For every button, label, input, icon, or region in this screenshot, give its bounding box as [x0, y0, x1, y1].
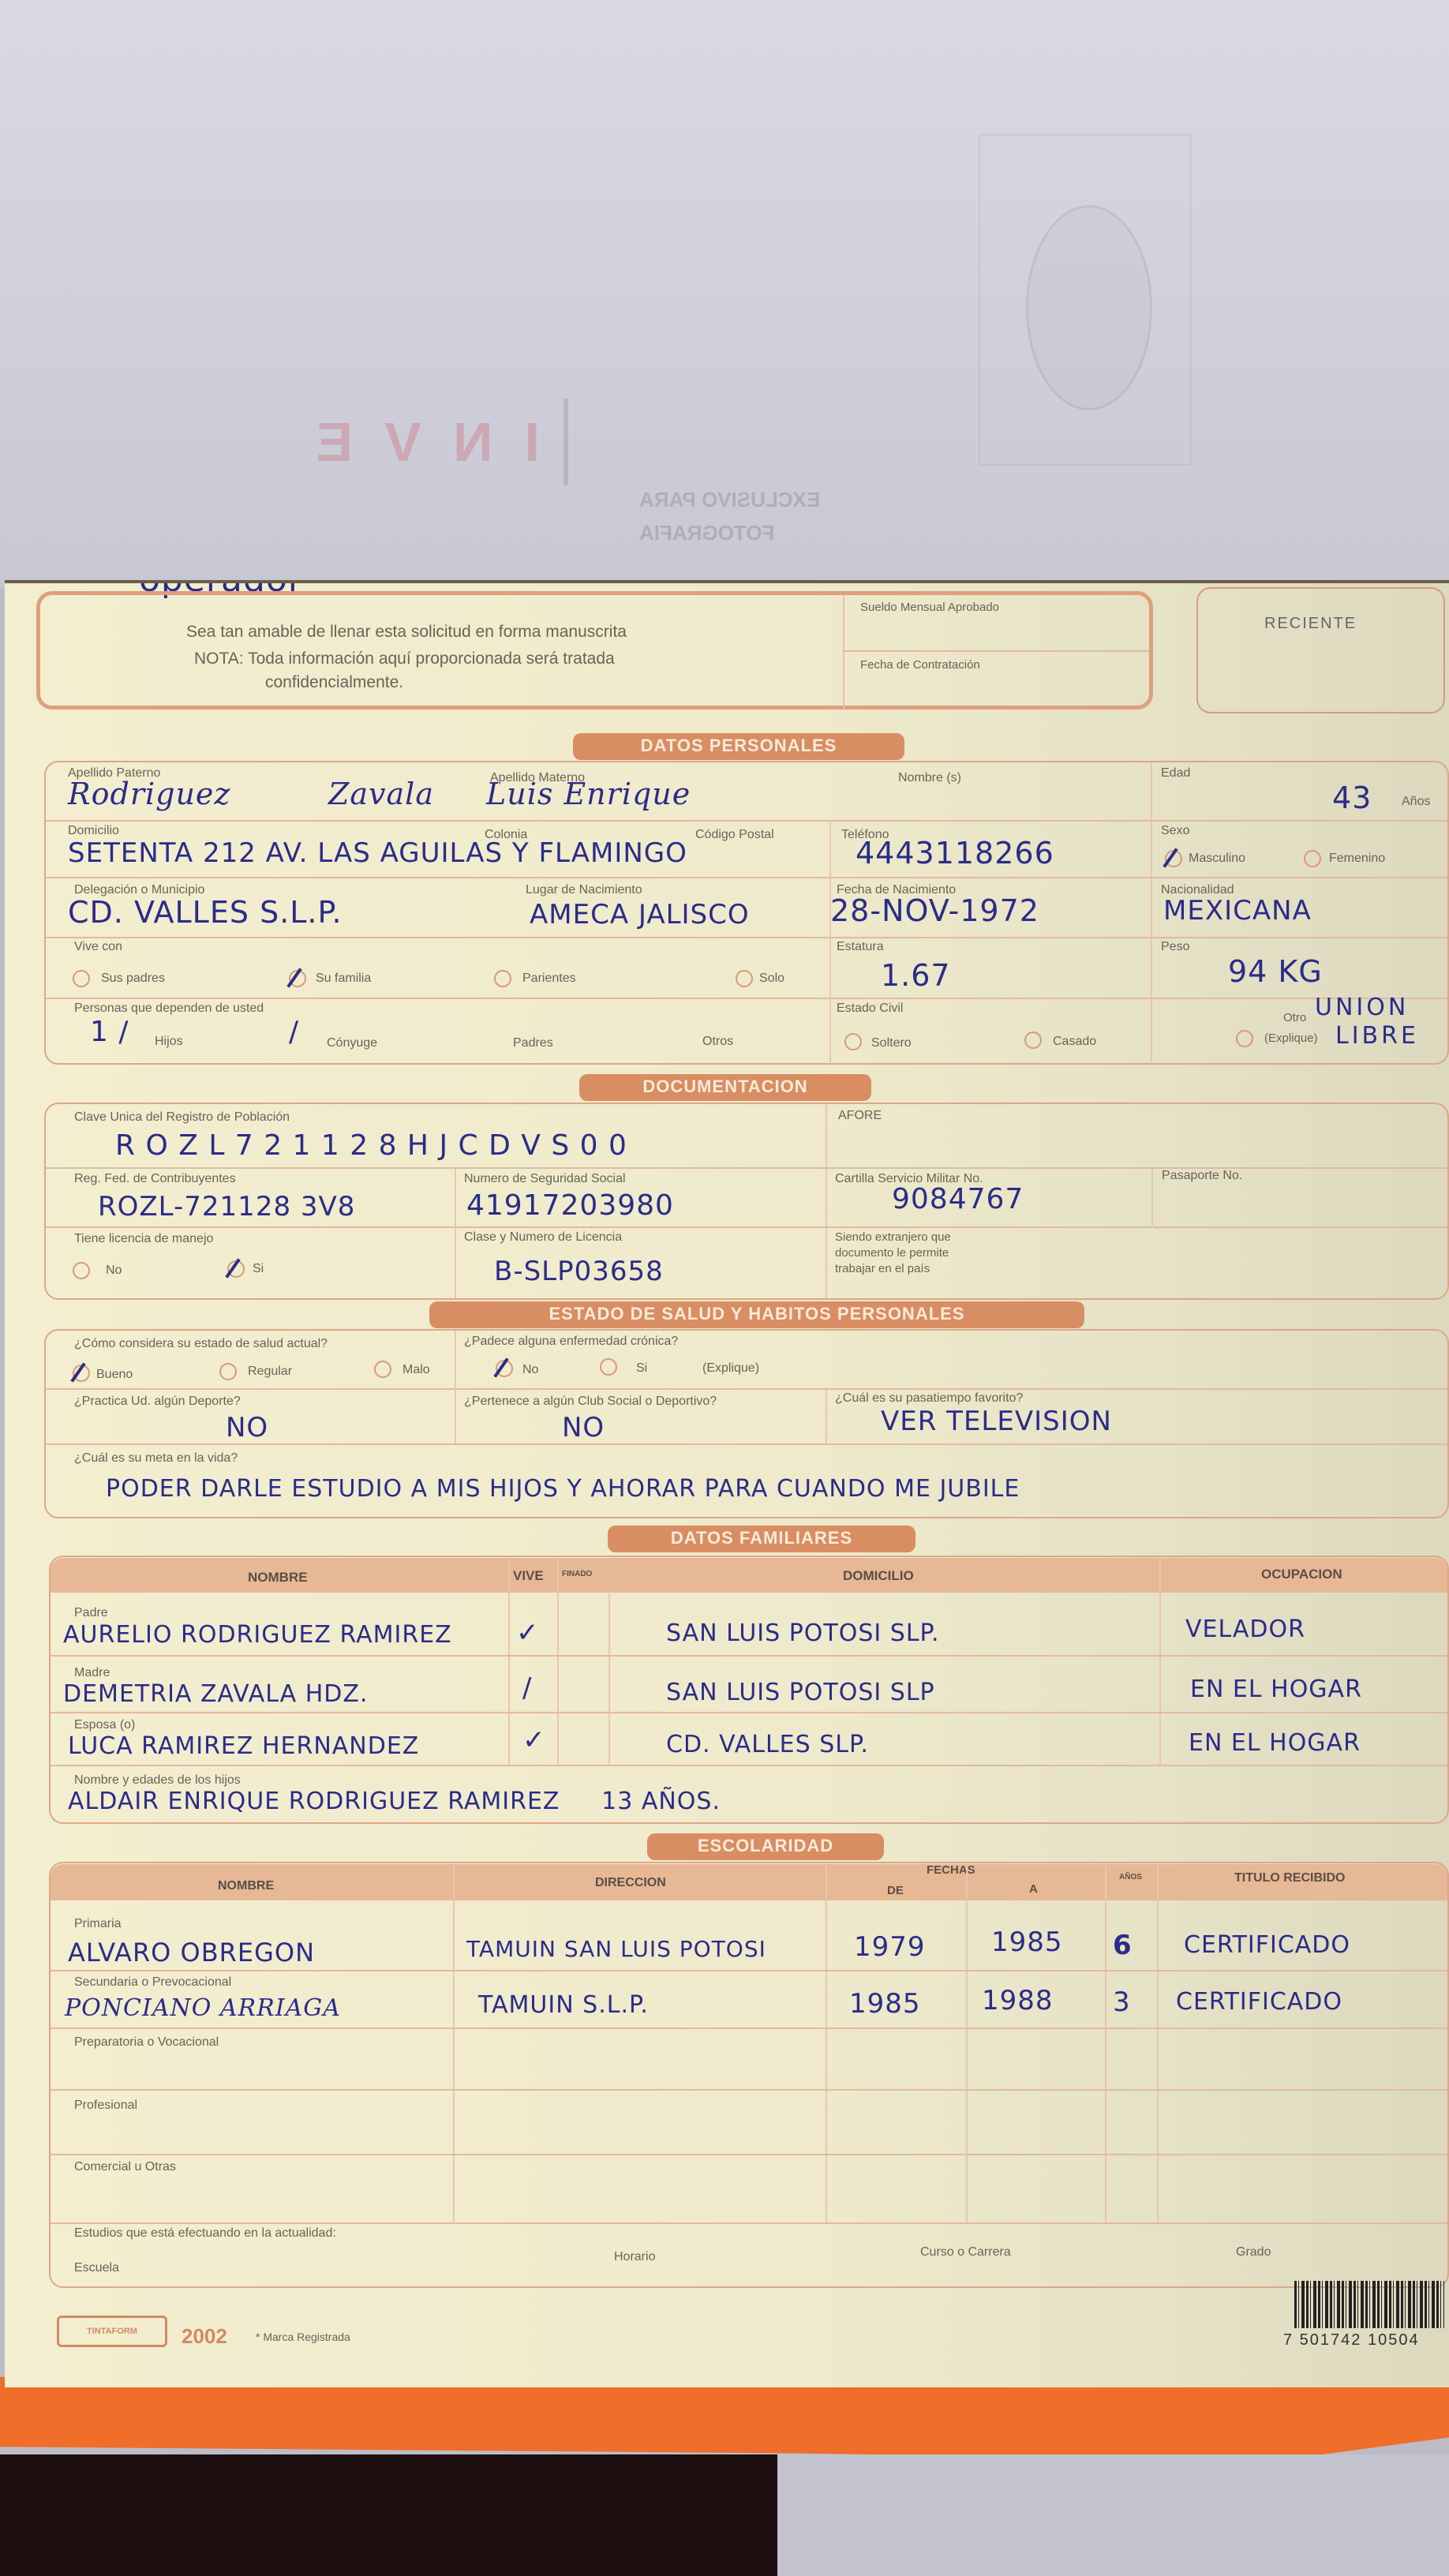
desk-surface [0, 2454, 777, 2576]
madre-domicilio[interactable]: SAN LUIS POTOSI SLP [666, 1679, 935, 1706]
nombre-value[interactable]: Luis Enrique [486, 777, 691, 811]
section-escolaridad: ESCOLARIDAD [647, 1833, 884, 1860]
familiares-col-vive: VIVE [513, 1568, 544, 1584]
section-salud: ESTADO DE SALUD Y HABITOS PERSONALES [429, 1301, 1084, 1328]
licencia-si-label: Si [253, 1262, 264, 1276]
escolaridad-col-nombre: NOMBRE [218, 1879, 274, 1893]
padre-domicilio[interactable]: SAN LUIS POTOSI SLP. [666, 1619, 939, 1647]
extranjero-label-1: Siendo extranjero que [835, 1230, 951, 1244]
footer-trademark: * Marca Registrada [256, 2331, 350, 2343]
escolaridad-col-a: A [1029, 1882, 1038, 1896]
primaria-nombre[interactable]: ALVARO OBREGON [68, 1938, 315, 1968]
nss-value[interactable]: 41917203980 [466, 1189, 674, 1222]
apellido-paterno-value[interactable]: Rodriguez [68, 777, 230, 811]
edad-value[interactable]: 43 [1332, 781, 1372, 815]
municipio-value[interactable]: CD. VALLES S.L.P. [68, 895, 343, 930]
sexo-masculino-radio[interactable] [1165, 850, 1182, 867]
estatura-label: Estatura [837, 940, 884, 954]
section-documentacion: DOCUMENTACION [579, 1074, 871, 1101]
section-familiares: DATOS FAMILIARES [608, 1526, 915, 1552]
madre-vive[interactable]: / [522, 1672, 532, 1704]
photo-label: RECIENTE [1264, 615, 1357, 633]
enfermedad-no-radio[interactable] [496, 1360, 513, 1377]
domicilio-label: Domicilio [68, 824, 119, 838]
dependientes-label: Personas que dependen de usted [74, 1002, 264, 1016]
clase-licencia-value[interactable]: B-SLP03658 [494, 1256, 664, 1287]
madre-label: Madre [74, 1666, 110, 1680]
primaria-anos[interactable]: 6 [1113, 1930, 1133, 1961]
nacionalidad-value[interactable]: MEXICANA [1163, 895, 1312, 927]
estado-civil-casado-radio[interactable] [1024, 1032, 1042, 1049]
secundaria-label: Secundaria o Prevocacional [74, 1975, 231, 1990]
fecha-nacimiento-value[interactable]: 28-NOV-1972 [830, 893, 1039, 928]
horario-label: Horario [614, 2250, 655, 2264]
meta-value[interactable]: PODER DARLE ESTUDIO A MIS HIJOS Y AHORAR… [106, 1475, 1020, 1503]
escolaridad-col-de: DE [887, 1884, 904, 1897]
padre-nombre[interactable]: AURELIO RODRIGUEZ RAMIREZ [63, 1621, 452, 1649]
dependientes-conyuge-value[interactable]: / [289, 1016, 299, 1048]
estado-salud-label: ¿Cómo considera su estado de salud actua… [74, 1337, 328, 1351]
vive-con-parientes-radio[interactable] [494, 970, 511, 987]
secundaria-titulo[interactable]: CERTIFICADO [1176, 1988, 1342, 2016]
vive-con-solo-radio[interactable] [736, 970, 753, 987]
sexo-masculino-label: Masculino [1189, 852, 1245, 866]
extranjero-label-2: documento le permite [835, 1246, 949, 1260]
escolaridad-col-titulo: TITULO RECIBIDO [1234, 1871, 1345, 1885]
salud-bueno-radio[interactable] [73, 1365, 90, 1382]
primaria-direccion[interactable]: TAMUIN SAN LUIS POTOSI [466, 1936, 766, 1962]
secundaria-anos[interactable]: 3 [1113, 1986, 1131, 2018]
edad-label: Edad [1161, 766, 1190, 781]
secundaria-de[interactable]: 1985 [849, 1988, 921, 2020]
sueldo-label: Sueldo Mensual Aprobado [860, 601, 999, 614]
enfermedad-si-radio[interactable] [600, 1358, 617, 1376]
ghost-text-1: EXCLUSIVO PARA [639, 488, 820, 512]
vive-con-sus-padres-label: Sus padres [101, 972, 165, 986]
enfermedad-si-label: Si [636, 1361, 647, 1376]
padre-ocupacion[interactable]: VELADOR [1185, 1616, 1305, 1643]
enfermedad-explique-label: (Explique) [702, 1361, 759, 1376]
barcode [1294, 2281, 1444, 2328]
escuela-label: Escuela [74, 2261, 119, 2275]
profesional-label: Profesional [74, 2099, 137, 2113]
licencia-si-radio[interactable] [227, 1260, 245, 1278]
madre-nombre[interactable]: DEMETRIA ZAVALA HDZ. [63, 1680, 368, 1708]
instructions-line-3: confidencialmente. [265, 673, 403, 692]
lugar-nacimiento-label: Lugar de Nacimiento [526, 883, 642, 897]
vive-con-su-familia-radio[interactable] [289, 970, 306, 987]
estado-civil-soltero-radio[interactable] [844, 1033, 862, 1050]
curso-label: Curso o Carrera [920, 2245, 1011, 2260]
vive-con-parientes-label: Parientes [522, 972, 576, 986]
fecha-contratacion-label: Fecha de Contratación [860, 658, 980, 672]
dependientes-hijos-value[interactable]: 1 / [90, 1016, 129, 1048]
extranjero-label-3: trabajar en el país [835, 1262, 930, 1275]
pasatiempo-value[interactable]: VER TELEVISION [881, 1406, 1112, 1437]
familiares-col-domicilio: DOMICILIO [843, 1568, 914, 1584]
enfermedad-no-label: No [522, 1363, 538, 1377]
barcode-number: 7 501742 10504 [1283, 2331, 1420, 2349]
vive-con-solo-label: Solo [759, 972, 784, 986]
peso-label: Peso [1161, 940, 1189, 954]
enfermedad-label: ¿Padece alguna enfermedad crónica? [464, 1335, 678, 1349]
instructions-line-2: NOTA: Toda información aquí proporcionad… [194, 650, 615, 668]
salud-regular-label: Regular [248, 1365, 292, 1379]
peso-value[interactable]: 94 KG [1228, 954, 1323, 989]
primaria-de[interactable]: 1979 [854, 1931, 926, 1963]
preparatoria-label: Preparatoria o Vocacional [74, 2035, 219, 2050]
secundaria-a[interactable]: 1988 [982, 1985, 1054, 2016]
vive-con-sus-padres-radio[interactable] [73, 970, 90, 987]
photo-box [1196, 587, 1445, 713]
estado-civil-otro-radio[interactable] [1236, 1030, 1253, 1047]
grado-label: Grado [1236, 2245, 1271, 2260]
secundaria-nombre[interactable]: PONCIANO ARRIAGA [65, 1994, 341, 2022]
salud-bueno-label: Bueno [96, 1368, 133, 1382]
estudios-actuales-label: Estudios que está efectuando en la actua… [74, 2226, 336, 2241]
dependientes-padres-label: Padres [513, 1036, 553, 1050]
meta-label: ¿Cuál es su meta en la vida? [74, 1451, 238, 1466]
salud-malo-radio[interactable] [374, 1361, 391, 1378]
licencia-no-radio[interactable] [73, 1262, 90, 1279]
esposa-domicilio[interactable]: CD. VALLES SLP. [666, 1731, 869, 1758]
telefono-value[interactable]: 4443118266 [856, 836, 1054, 871]
club-label: ¿Pertenece a algún Club Social o Deporti… [464, 1395, 717, 1409]
club-value[interactable]: NO [562, 1412, 605, 1443]
primaria-titulo[interactable]: CERTIFICADO [1184, 1931, 1350, 1959]
ghost-logo: INVE [189, 399, 568, 485]
pasaporte-label: Pasaporte No. [1162, 1169, 1242, 1183]
domicilio-value[interactable]: SETENTA 212 AV. LAS AGUILAS Y FLAMINGO [68, 837, 687, 869]
escolaridad-col-anos: AÑOS [1119, 1873, 1142, 1881]
footer-year: 2002 [182, 2324, 227, 2349]
photo-oval-ghost [1026, 205, 1152, 410]
dependientes-otros-label: Otros [702, 1035, 733, 1049]
licencia-no-label: No [106, 1264, 122, 1278]
primaria-label: Primaria [74, 1917, 122, 1931]
secundaria-direccion[interactable]: TAMUIN S.L.P. [478, 1991, 649, 2019]
desk-paper [777, 2454, 1449, 2576]
esposa-label: Esposa (o) [74, 1718, 135, 1732]
esposa-nombre[interactable]: LUCA RAMIREZ HERNANDEZ [68, 1732, 419, 1760]
ghost-text-2: FOTOGRAFIA [639, 521, 774, 545]
padre-label: Padre [74, 1606, 108, 1620]
dependientes-conyuge-label: Cónyuge [327, 1036, 377, 1050]
section-datos-personales: DATOS PERSONALES [573, 733, 904, 760]
edad-unit: Años [1402, 795, 1430, 809]
instructions-line-1: Sea tan amable de llenar esta solicitud … [186, 623, 627, 642]
escolaridad-box [49, 1862, 1449, 2288]
comercial-label: Comercial u Otras [74, 2160, 176, 2174]
sexo-femenino-label: Femenino [1329, 852, 1385, 866]
madre-ocupacion[interactable]: EN EL HOGAR [1190, 1676, 1362, 1703]
familiares-col-finado: FINADO [562, 1570, 592, 1578]
familiares-col-ocupacion: OCUPACION [1261, 1567, 1342, 1582]
rfc-label: Reg. Fed. de Contribuyentes [74, 1172, 236, 1186]
estado-civil-label: Estado Civil [837, 1002, 903, 1016]
hijos-label: Nombre y edades de los hijos [74, 1773, 241, 1788]
codigo-postal-label: Código Postal [695, 828, 774, 842]
esposa-ocupacion[interactable]: EN EL HOGAR [1189, 1729, 1361, 1757]
rfc-value[interactable]: ROZL-721128 3V8 [98, 1191, 355, 1222]
primaria-a[interactable]: 1985 [991, 1926, 1063, 1958]
nss-label: Numero de Seguridad Social [464, 1172, 626, 1186]
curp-value[interactable]: R O Z L 7 2 1 1 2 8 H J C D V S 0 0 [115, 1129, 627, 1162]
curp-label: Clave Unica del Registro de Población [74, 1110, 290, 1125]
hijos-value[interactable]: ALDAIR ENRIQUE RODRIGUEZ RAMIREZ 13 AÑOS… [68, 1788, 721, 1815]
padre-vive[interactable]: ✓ [516, 1617, 540, 1649]
estatura-value[interactable]: 1.67 [881, 958, 951, 993]
vive-con-su-familia-label: Su familia [316, 972, 371, 986]
estado-civil-soltero-label: Soltero [871, 1036, 912, 1050]
vive-con-label: Vive con [74, 940, 122, 954]
estado-civil-otro-value-2[interactable]: LIBRE [1335, 1022, 1419, 1050]
deporte-value[interactable]: NO [226, 1412, 268, 1443]
pasatiempo-label: ¿Cuál es su pasatiempo favorito? [835, 1391, 1023, 1406]
licencia-label: Tiene licencia de manejo [74, 1232, 213, 1246]
estado-civil-casado-label: Casado [1053, 1035, 1096, 1049]
estado-civil-otro-label: Otro [1283, 1011, 1306, 1024]
escolaridad-col-fechas: FECHAS [927, 1863, 975, 1877]
esposa-vive[interactable]: ✓ [522, 1724, 546, 1756]
nombre-label: Nombre (s) [898, 771, 961, 785]
sexo-femenino-radio[interactable] [1304, 850, 1321, 867]
estado-civil-otro-value-1[interactable]: UNION [1315, 994, 1409, 1021]
familiares-col-nombre: NOMBRE [248, 1570, 308, 1586]
salud-regular-radio[interactable] [219, 1363, 237, 1380]
escolaridad-col-direccion: DIRECCION [595, 1876, 666, 1890]
estado-civil-explique-label: (Explique) [1264, 1032, 1318, 1045]
sexo-label: Sexo [1161, 824, 1189, 838]
background-sheet: INVE EXCLUSIVO PARA FOTOGRAFIA [0, 0, 1449, 588]
dependientes-hijos-label: Hijos [155, 1035, 183, 1049]
apellido-materno-value[interactable]: Zavala [328, 777, 434, 811]
cartilla-value[interactable]: 9084767 [892, 1183, 1024, 1215]
afore-label: AFORE [838, 1109, 882, 1123]
salud-malo-label: Malo [402, 1363, 430, 1377]
job-application-form: operador Sea tan amable de llenar esta s… [5, 580, 1449, 2387]
brand-logo: TINTAFORM [57, 2316, 167, 2347]
clase-licencia-label: Clase y Numero de Licencia [464, 1230, 622, 1245]
lugar-nacimiento-value[interactable]: AMECA JALISCO [530, 899, 750, 930]
deporte-label: ¿Practica Ud. algún Deporte? [74, 1395, 241, 1409]
